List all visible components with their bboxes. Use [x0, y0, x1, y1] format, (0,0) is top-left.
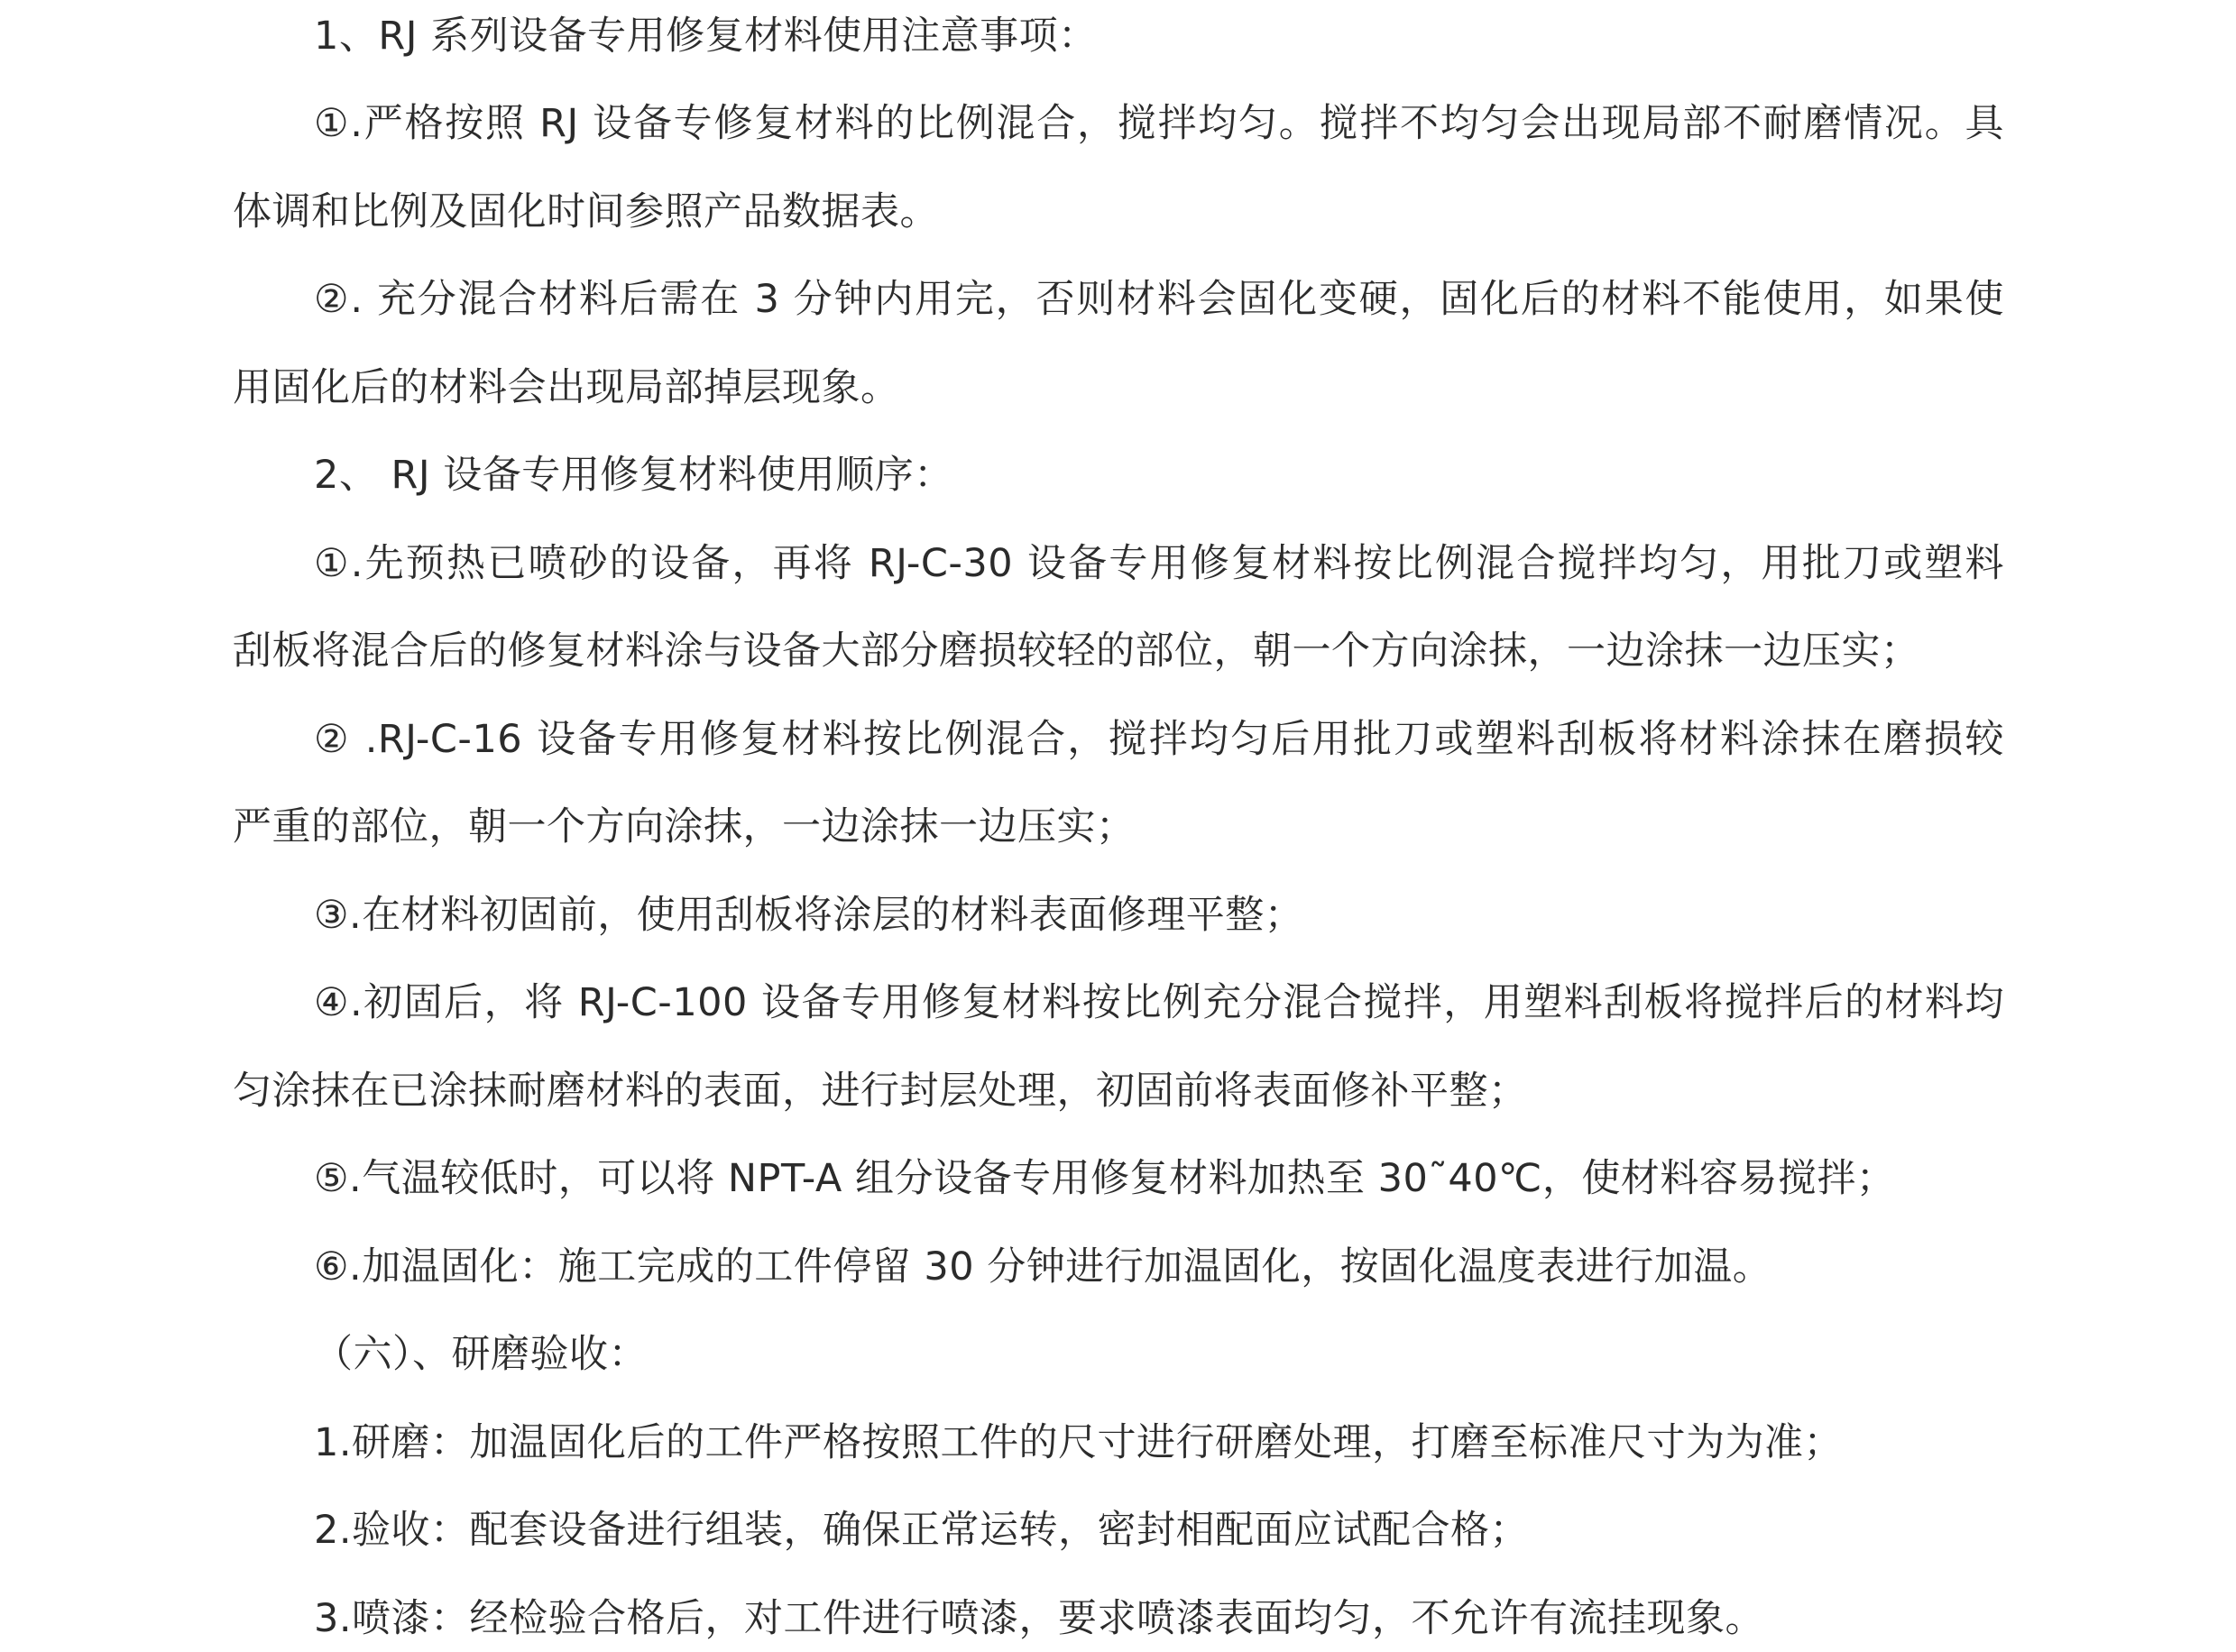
paragraph-line: 严重的部位，朝一个方向涂抹，一边涂抹一边压实；	[233, 800, 1136, 854]
paragraph-line: ④.初固后，将 RJ-C-100 设备专用修复材料按比例充分混合搅拌，用塑料刮板…	[314, 976, 2004, 1030]
paragraph-line: ①.先预热已喷砂的设备，再将 RJ-C-30 设备专用修复材料按比例混合搅拌均匀…	[314, 537, 2004, 591]
paragraph-line: 1.研磨：加温固化后的工件严格按照工件的尺寸进行研磨处理，打磨至标准尺寸为为准；	[314, 1416, 1843, 1470]
paragraph-line: 3.喷漆：经检验合格后，对工件进行喷漆，要求喷漆表面均匀，不允许有流挂现象。	[314, 1592, 1764, 1646]
paragraph-line: 体调和比例及固化时间参照产品数据表。	[233, 185, 939, 239]
section-heading-usage-order: 2、 RJ 设备专用修复材料使用顺序：	[314, 448, 953, 502]
paragraph-line: 2.验收：配套设备进行组装，确保正常运转，密封相配面应试配合格；	[314, 1503, 1529, 1557]
paragraph-line: ①.严格按照 RJ 设备专修复材料的比例混合，搅拌均匀。搅拌不均匀会出现局部不耐…	[314, 96, 2004, 151]
section-heading-precautions: 1、RJ 系列设备专用修复材料使用注意事项：	[314, 9, 1098, 63]
paragraph-line: ③.在材料初固前，使用刮板将涂层的材料表面修理平整；	[314, 888, 1303, 942]
paragraph-line: 刮板将混合后的修复材料涂与设备大部分磨损较轻的部位，朝一个方向涂抹，一边涂抹一边…	[233, 624, 1920, 678]
paragraph-line: 用固化后的材料会出现局部掉层现象。	[233, 361, 900, 415]
section-heading-grinding-acceptance: （六）、研磨验收：	[314, 1327, 648, 1381]
paragraph-line: ② .RJ-C-16 设备专用修复材料按比例混合，搅拌均匀后用批刀或塑料刮板将材…	[314, 712, 2004, 766]
paragraph-line: ②. 充分混合材料后需在 3 分钟内用完，否则材料会固化变硬，固化后的材料不能使…	[314, 272, 2004, 326]
paragraph-line: 匀涂抹在已涂抹耐磨材料的表面，进行封层处理，初固前将表面修补平整；	[233, 1064, 1528, 1118]
paragraph-line: ⑤.气温较低时，可以将 NPT-A 组分设备专用修复材料加热至 30˜40℃，使…	[314, 1152, 1895, 1206]
paragraph-line: ⑥.加温固化：施工完成的工件停留 30 分钟进行加温固化，按固化温度表进行加温。	[314, 1240, 1771, 1294]
